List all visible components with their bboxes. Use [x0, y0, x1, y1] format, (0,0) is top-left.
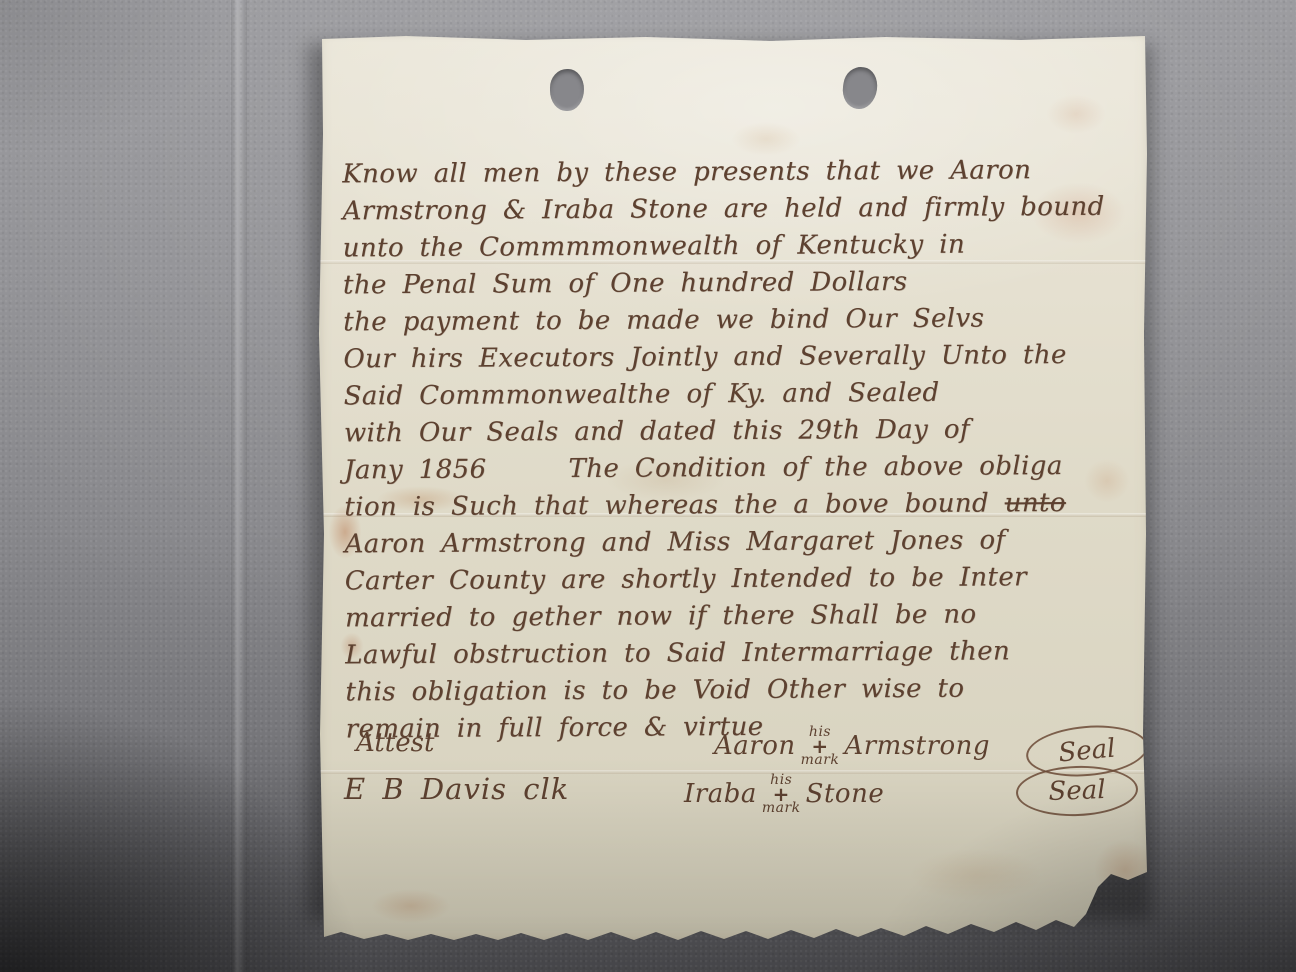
seal-label: Seal — [1057, 734, 1116, 769]
his-mark-annotation: his + mark — [762, 774, 801, 814]
mark-label: mark — [801, 754, 840, 766]
signer-first-name: Aaron — [714, 731, 796, 761]
condition-text: The Condition of the above obliga — [568, 448, 1062, 488]
date-text: Jany 1856 — [344, 452, 487, 490]
handwritten-line: Armstrong & Iraba Stone are held and fir… — [342, 189, 1134, 231]
handwritten-line: Said Commmonwealthe of Ky. and Sealed — [344, 374, 1136, 416]
condition-line2-text: tion is Such that whereas the a bove bou… — [344, 488, 1005, 522]
attest-label: Attest — [356, 728, 434, 758]
handwritten-line: unto the Commmmonwealth of Kentucky in — [343, 226, 1135, 268]
handwritten-line: this obligation is to be Void Other wise… — [345, 670, 1137, 712]
signer-last-name: Stone — [806, 779, 885, 809]
handwritten-line: Carter County are shortly Intended to be… — [345, 559, 1137, 601]
handwritten-line: married to gether now if there Shall be … — [345, 596, 1137, 638]
clerk-signature: E B Davis clk — [344, 772, 569, 806]
punch-hole-right — [840, 65, 880, 111]
handwritten-line-strikeout: tion is Such that whereas the a bove bou… — [344, 485, 1136, 527]
signer-last-name: Armstrong — [844, 731, 990, 761]
handwritten-line: Lawful obstruction to Said Intermarriage… — [345, 633, 1137, 675]
document-paper: Know all men by these presents that we A… — [316, 34, 1150, 942]
handwritten-line: with Our Seals and dated this 29th Day o… — [344, 411, 1136, 453]
handwritten-line: Aaron Armstrong and Miss Margaret Jones … — [344, 522, 1136, 564]
photo-scene: Know all men by these presents that we A… — [0, 0, 1296, 972]
seal-label: Seal — [1048, 775, 1106, 807]
handwritten-line: Our hirs Executors Jointly and Severally… — [343, 337, 1135, 379]
handwritten-line: the payment to be made we bind Our Selvs — [343, 300, 1135, 342]
seal-oval-2: Seal — [1015, 764, 1139, 818]
stain — [371, 889, 451, 923]
signature-block: Attest E B Davis clk Aaron his + mark Ar… — [344, 724, 1136, 864]
struck-word: unto — [1005, 488, 1066, 518]
stain — [731, 122, 801, 156]
table-seam — [231, 0, 247, 972]
signer-first-name: Iraba — [684, 779, 757, 809]
signature-aaron-armstrong: Aaron his + mark Armstrong — [714, 726, 990, 766]
signature-iraba-stone: Iraba his + mark Stone — [684, 774, 884, 814]
handwriting-block: Know all men by these presents that we A… — [342, 152, 1138, 749]
punch-hole-left — [550, 69, 584, 111]
stain — [1046, 94, 1106, 134]
handwritten-line-date: Jany 1856 The Condition of the above obl… — [344, 448, 1136, 490]
his-mark-annotation: his + mark — [801, 726, 840, 766]
handwritten-line: Know all men by these presents that we A… — [342, 152, 1134, 194]
handwritten-line: the Penal Sum of One hundred Dollars — [343, 263, 1135, 305]
mark-label: mark — [762, 802, 801, 814]
